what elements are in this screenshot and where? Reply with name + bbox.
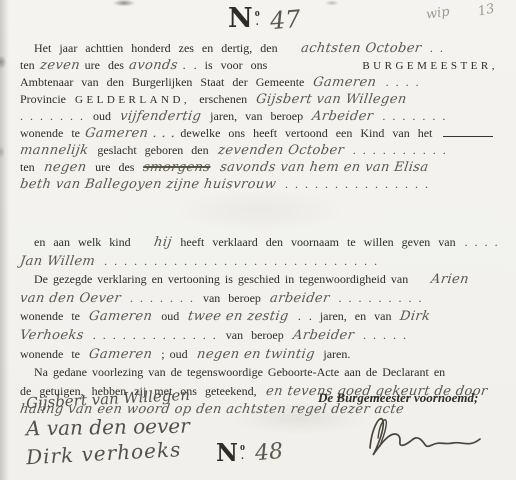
handwritten-entry: Arbeider [291, 327, 355, 345]
act-line: wonende te Gameren . . . dewelke ons hee… [20, 125, 498, 142]
handwritten-entry: twee en zestig [187, 308, 290, 326]
act-line: mannelijk geslacht geboren den zevenden … [20, 142, 498, 159]
dotted-fill: . . . . [386, 75, 420, 89]
act-line: en aan welk kind hij heeft verklaard den… [20, 233, 498, 252]
printed-form-text: De gezegde verklaring en vertooning is g… [34, 272, 408, 286]
ordinal-dot: . [256, 18, 259, 27]
handwritten-entry: Gijsbert van Willegen [255, 92, 408, 108]
struck-word: smorgens [142, 160, 212, 176]
handwritten-entry: Verhoeks [19, 327, 85, 345]
act-line: Na gedane voorlezing van de tegenswoordi… [20, 363, 498, 382]
act-number-value: 47 [269, 5, 302, 36]
printed-form-text: erschenen [199, 92, 247, 106]
next-act-number: N o . 48 [216, 440, 283, 466]
handwritten-entry: negen en twintig [195, 346, 315, 364]
act-line: Jan Willem . . . . . . . . . . . . . . .… [20, 252, 498, 271]
signature-witness-1: A van den oever [26, 414, 190, 441]
handwritten-entry: achtsten October [285, 41, 422, 57]
dotted-fill: . . . . . [363, 328, 407, 342]
act-line: Het jaar achttien honderd zes en dertig,… [20, 40, 498, 57]
document-page: N o . 47 wip 13 Het jaar achttien honder… [0, 0, 516, 480]
act-line: ten zeven ure des avonds . . is voor ons… [20, 57, 498, 74]
act-number-ordinal: o . [240, 440, 245, 461]
handwritten-entry: hij [138, 234, 172, 252]
printed-form-text: ; oud [161, 347, 187, 361]
act-line: . . . . . . . oud vijfendertig jaren, va… [20, 108, 498, 125]
dotted-fill: . . . . . . . . . . . . . [93, 328, 217, 342]
printed-form-text: Het jaar achttien honderd zes en dertig,… [34, 41, 278, 55]
signature-witness-2: Dirk verhoeks [25, 437, 190, 470]
printed-form-text: Na gedane voorlezing van de tegenswoordi… [34, 365, 445, 379]
act-line: Ambtenaar van den Burgerlijken Staat der… [20, 74, 498, 91]
burgemeester-label: De Burgemeester voornoemd; [318, 390, 503, 406]
act-line: beth van Ballegoyen zijne huisvrouw . . … [20, 176, 498, 193]
printed-form-text: geslacht geboren den [97, 143, 208, 157]
act-body: Het jaar achttien honderd zes en dertig,… [20, 40, 498, 419]
act-number-heading: N o . 47 [228, 6, 300, 34]
printed-form-text: GELDERLAND, [75, 94, 190, 106]
handwritten-entry: vijfendertig [119, 109, 202, 125]
dotted-fill: . . . . . . . [130, 291, 194, 305]
handwritten-entry: Gameren [88, 346, 154, 364]
dotted-fill: . . . . . . . . . . . . . . . . . . . . … [104, 254, 378, 268]
pencil-annotation-right: 13 [477, 1, 496, 19]
printed-rule [443, 136, 493, 137]
signature-declarant: Gijsbert van Willegen [26, 386, 191, 413]
act-line: De gezegde verklaring en vertooning is g… [20, 270, 498, 289]
printed-form-text: jaren, van beroep [210, 109, 303, 123]
printed-form-text: en aan welk kind [34, 235, 131, 249]
handwritten-entry: Dirk [399, 308, 432, 326]
printed-form-text: Ambtenaar van den Burgerlijken Staat der… [20, 75, 304, 89]
printed-form-text: heeft verklaard den voornaam te willen g… [180, 235, 455, 249]
printed-form-text: dewelke ons heeft vertoond een Kind van … [180, 125, 432, 141]
printed-form-text: oud [161, 309, 179, 323]
act-line: Verhoeks . . . . . . . . . . . . . van b… [20, 326, 498, 345]
handwritten-entry: Gameren [312, 75, 377, 91]
printed-form-text: oud [93, 109, 111, 123]
act-line: wonende te Gameren ; oud negen en twinti… [20, 345, 498, 364]
act-number-prefix: N [216, 440, 238, 466]
printed-form-text: van beroep [203, 291, 261, 305]
handwritten-entry: zevenden October [217, 143, 345, 159]
printed-form-text: ten [20, 57, 35, 73]
handwritten-entry: mannelijk [19, 143, 90, 159]
printed-form-text: wonende te [20, 347, 80, 361]
printed-form-text: wonende te [20, 125, 80, 141]
ordinal-dot: . [241, 452, 244, 461]
dotted-fill: . . . . . . . . . [339, 291, 423, 305]
dotted-fill: . . . . [465, 235, 499, 249]
burgemeester-signature-scrawl [340, 408, 503, 465]
printed-form-text: jaren. [323, 347, 350, 361]
dotted-fill: . . [430, 41, 444, 55]
handwritten-entry: Arien [416, 271, 470, 289]
printed-form-text: Provincie [20, 92, 66, 106]
handwritten-entry: zeven [39, 58, 81, 74]
act-line: van den Oever . . . . . . . van beroep a… [20, 289, 498, 308]
handwritten-entry: Gameren . . . [84, 126, 177, 142]
printed-form-text: . . is voor ons [183, 57, 268, 73]
dotted-fill: . . . . . . . . . . . . . . . [285, 177, 429, 191]
printed-form-text: . . jaren, en van [298, 309, 392, 323]
act-line: Provincie GELDERLAND, erschenen Gijsbert… [20, 91, 498, 108]
handwritten-entry: Jan Willem [19, 253, 97, 271]
act-number-value: 48 [254, 439, 284, 466]
printed-form-text: ure des [85, 57, 124, 73]
signature-block-left: Gijsbert van Willegen A van den oever Di… [26, 390, 190, 465]
handwritten-entry: van den Oever [19, 290, 122, 308]
handwritten-entry: arbeider [269, 290, 331, 308]
handwritten-entry: negen [43, 160, 88, 176]
printed-form-text: ten [20, 160, 35, 174]
act-line: wonende te Gameren oud twee en zestig . … [20, 307, 498, 326]
handwritten-entry: avonds [128, 58, 179, 74]
printed-form-text: BURGEMEESTER, [362, 58, 498, 74]
printed-form-text: wonende te [20, 309, 80, 323]
handwritten-entry: beth van Ballegoyen zijne huisvrouw [19, 177, 277, 193]
act-number-prefix: N [228, 6, 253, 32]
dotted-fill: . . . . . . . [20, 109, 84, 123]
act-number-ordinal: o . [255, 6, 260, 27]
printed-form-text: van beroep [226, 328, 284, 342]
dotted-fill: . . . . . . . [382, 109, 446, 123]
act-line: ten negen ure des smorgens savonds van h… [20, 159, 498, 176]
pencil-annotation-left: wip [425, 4, 450, 22]
dotted-fill: . . . . . . . . . . [353, 143, 447, 157]
printed-form-text: ure des [95, 160, 134, 174]
handwritten-entry: savonds van hem en van Elisa [219, 160, 430, 176]
signature-block-right: De Burgemeester voornoemd; [318, 390, 503, 465]
handwritten-entry: Gameren [88, 308, 154, 326]
handwritten-entry: Arbeider [311, 109, 374, 125]
